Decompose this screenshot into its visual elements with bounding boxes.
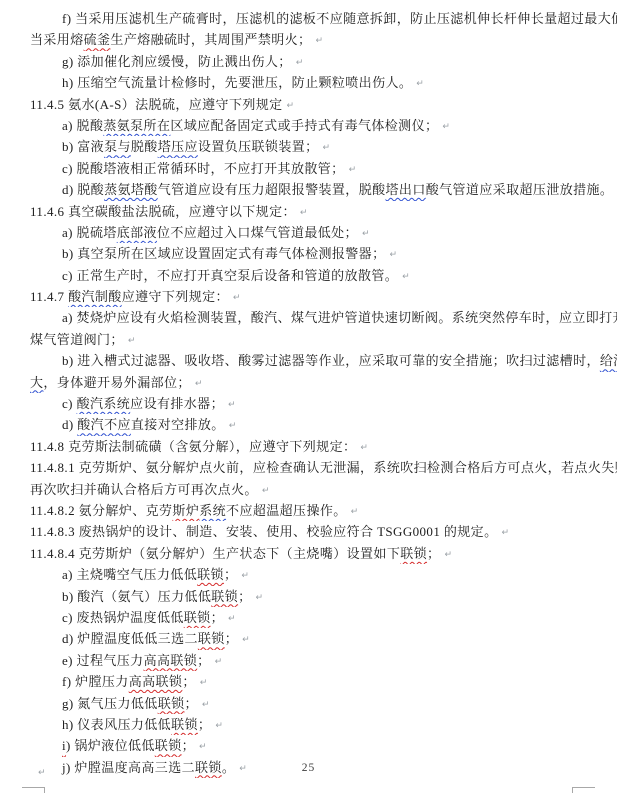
spellcheck-flagged-text: 联锁 bbox=[211, 589, 238, 604]
text-run: b) 酸汽（氨气）压力低低 bbox=[62, 589, 211, 604]
text-run: 生产熔融硫时，其周围严禁明火； bbox=[110, 32, 311, 47]
text-run: c) 脱酸塔液相正常循环时，不应打开其放散管； bbox=[62, 161, 345, 176]
grammar-flagged-text: 塔出口 bbox=[386, 182, 426, 197]
doc-line: 煤气管道阀门；↵ bbox=[0, 329, 617, 350]
doc-line: 11.4.8 克劳斯法制硫磺（含氨分解），应遵守下列规定：↵ bbox=[0, 436, 617, 457]
paragraph-mark-icon: ↵ bbox=[200, 678, 208, 688]
paragraph-mark-icon: ↵ bbox=[242, 635, 250, 645]
text-run: 酸气管道应采取超压泄放措施。 bbox=[426, 182, 614, 197]
text-run: c) 废热锅炉温度低低 bbox=[62, 610, 184, 625]
doc-line: 11.4.8.2 氨分解炉、克劳斯炉系统不应超温超压操作。↵ bbox=[0, 500, 617, 521]
text-run: ； bbox=[238, 589, 251, 604]
text-run: b) 进入槽式过滤器、吸收塔、酸雾过滤器等作业，应采取可靠的安全措施；吹扫过滤槽… bbox=[62, 353, 600, 368]
text-run: b) 真空泵所在区域应设置固定式有毒气体检测报警器； bbox=[62, 246, 385, 261]
paragraph-mark-icon: ↵ bbox=[501, 528, 509, 538]
doc-line: c) 酸汽系统应设有排水器；↵ bbox=[0, 393, 617, 414]
text-run: 11.4.8.3 废热锅炉的设计、制造、安装、使用、校验应符合 TSGG0001… bbox=[30, 524, 497, 539]
spellcheck-flagged-text: 硫釜 bbox=[84, 32, 111, 47]
doc-line: h) 仪表风压力低低联锁；↵ bbox=[0, 714, 617, 735]
text-run: ； bbox=[225, 631, 238, 646]
paragraph-mark-icon: ↵ bbox=[362, 229, 370, 239]
paragraph-mark-icon: ↵ bbox=[228, 400, 236, 410]
paragraph-mark-icon: ↵ bbox=[444, 550, 452, 560]
text-run: ； bbox=[211, 610, 224, 625]
grammar-flagged-text: 蒸氨塔酸 bbox=[104, 182, 158, 197]
spellcheck-flagged-text: 联锁 bbox=[158, 696, 185, 711]
paragraph-mark-icon: ↵ bbox=[233, 293, 241, 303]
grammar-flagged-text: 系统 bbox=[199, 503, 226, 518]
text-run: f) 炉膛压力 bbox=[62, 674, 129, 689]
text-run: d) 脱酸 bbox=[62, 182, 104, 197]
text-run: 11.4.8.1 克劳斯炉、氨分解炉点火前，应检查确认无泄漏，系统吹扫检测合格后… bbox=[30, 460, 617, 475]
text-run: e) 过程气压力 bbox=[62, 653, 144, 668]
text-run: d) bbox=[62, 417, 77, 432]
doc-line: d) 脱酸蒸氨塔酸气管道应设有压力超限报警装置，脱酸塔出口酸气管道应采取超压泄放… bbox=[0, 179, 617, 200]
doc-line: 11.4.6 真空碳酸盐法脱硫，应遵守以下规定：↵ bbox=[0, 201, 617, 222]
doc-line: d) 炉膛温度低低三选二联锁；↵ bbox=[0, 628, 617, 649]
doc-line: g) 添加催化剂应缓慢，防止溅出伤人；↵ bbox=[0, 51, 617, 72]
text-run: 11.4.8.4 克劳斯炉（氨分解炉）生产状态下（主烧嘴）设置如下 bbox=[30, 546, 400, 561]
paragraph-mark-icon: ↵ bbox=[128, 336, 136, 346]
doc-line: a) 脱酸蒸氨泵所在区域应配备固定式或手持式有毒气体检测仪；↵ bbox=[0, 115, 617, 136]
grammar-flagged-text: 泵与 bbox=[104, 139, 131, 154]
text-run: a) 脱酸 bbox=[62, 118, 103, 133]
doc-line: 再次吹扫并确认合格后方可再次点火。↵ bbox=[0, 479, 617, 500]
text-run: g) 添加催化剂应缓慢，防止溅出伤人； bbox=[62, 54, 292, 69]
doc-line: e) 过程气压力高高联锁；↵ bbox=[0, 650, 617, 671]
text-boundary-corner-icon bbox=[22, 787, 45, 793]
text-run: b) 富液 bbox=[62, 139, 104, 154]
doc-line: c) 废热锅炉温度低低联锁；↵ bbox=[0, 607, 617, 628]
text-run: a) 焚烧炉应设有火焰检测装置，酸汽、煤气进炉管道快速切断阀。系统突然停车时，应… bbox=[62, 310, 617, 325]
text-run: 应遵守下列规定： bbox=[122, 289, 229, 304]
text-run: 煤气管道阀门； bbox=[30, 332, 124, 347]
grammar-flagged-text: 酸汽制酸 bbox=[68, 289, 122, 304]
text-run: h) 压缩空气流量计检修时，先要泄压，防止颗粒喷出伤人。 bbox=[62, 75, 412, 90]
spellcheck-flagged-text: 联锁 bbox=[184, 610, 211, 625]
paragraph-mark-icon: ↵ bbox=[241, 571, 249, 581]
text-boundary-corner-icon bbox=[572, 787, 595, 793]
text-run: ) 锅炉液位低低 bbox=[66, 738, 155, 753]
grammar-flagged-text: 蒸氨泵所在 bbox=[103, 118, 170, 133]
text-run: c) bbox=[62, 396, 77, 411]
spellcheck-flagged-text: 联锁 bbox=[171, 717, 198, 732]
paragraph-mark-icon: ↵ bbox=[228, 614, 236, 624]
doc-line: a) 脱硫塔底部液位不应超过入口煤气管道最低处；↵ bbox=[0, 222, 617, 243]
paragraph-mark-icon: ↵ bbox=[300, 208, 308, 218]
doc-line: b) 真空泵所在区域应设置固定式有毒气体检测报警器；↵ bbox=[0, 243, 617, 264]
paragraph-mark-icon: ↵ bbox=[416, 79, 424, 89]
grammar-flagged-text: 底部液 bbox=[117, 225, 157, 240]
text-run: 11.4.6 真空碳酸盐法脱硫，应遵守以下规定： bbox=[30, 204, 296, 219]
text-run: 11.4.5 氨水(A-S）法脱硫，应遵守下列规定 bbox=[30, 97, 283, 112]
text-run: 11.4.7 bbox=[30, 289, 68, 304]
grammar-flagged-text: 给汽应由小到 bbox=[600, 353, 617, 368]
paragraph-mark-icon: ↵ bbox=[296, 58, 304, 68]
spellcheck-flagged-text: 联锁 bbox=[155, 738, 182, 753]
text-run: a) 主烧嘴空气压力低低 bbox=[62, 567, 197, 582]
text-run: ； bbox=[185, 696, 198, 711]
paragraph-mark-icon: ↵ bbox=[202, 700, 210, 710]
text-run: 设置负压联锁装置； bbox=[198, 139, 319, 154]
text-run: 11.4.8.2 氨分解炉、克劳 bbox=[30, 503, 172, 518]
text-run: h) 仪表风压力低低 bbox=[62, 717, 171, 732]
doc-line: 当采用熔硫釜生产熔融硫时，其周围严禁明火；↵ bbox=[0, 29, 617, 50]
doc-line: 11.4.7 酸汽制酸应遵守下列规定：↵ bbox=[0, 286, 617, 307]
doc-line: a) 焚烧炉应设有火焰检测装置，酸汽、煤气进炉管道快速切断阀。系统突然停车时，应… bbox=[0, 307, 617, 328]
paragraph-mark-icon: ↵ bbox=[360, 443, 368, 453]
spellcheck-flagged-text: 联锁 bbox=[197, 567, 224, 582]
doc-line: c) 脱酸塔液相正常循环时，不应打开其放散管；↵ bbox=[0, 158, 617, 179]
text-run: 区域应配备固定式或手持式有毒气体检测仪； bbox=[170, 118, 438, 133]
text-run: a) 脱硫塔 bbox=[62, 225, 117, 240]
paragraph-mark-icon: ↵ bbox=[215, 657, 223, 667]
paragraph-mark-icon: ↵ bbox=[215, 721, 223, 731]
doc-line: g) 氮气压力低低联锁；↵ bbox=[0, 693, 617, 714]
text-run: 位不应超过入口煤气管道最低处； bbox=[157, 225, 358, 240]
text-run: ； bbox=[427, 546, 440, 561]
doc-line: d) 酸汽不应直接对空排放。↵ bbox=[0, 414, 617, 435]
doc-line: i) 锅炉液位低低联锁；↵ bbox=[0, 735, 617, 756]
text-run: 不应超温超压操作。 bbox=[226, 503, 347, 518]
doc-line: h) 压缩空气流量计检修时，先要泄压，防止颗粒喷出伤人。↵ bbox=[0, 72, 617, 93]
text-run: c) 正常生产时，不应打开真空泵后设备和管道的放散管。 bbox=[62, 268, 398, 283]
document-body: f) 当采用压滤机生产硫膏时，压滤机的滤板不应随意拆卸，防止压滤机伸长杆伸长量超… bbox=[0, 8, 617, 778]
paragraph-mark-icon: ↵ bbox=[229, 421, 237, 431]
doc-line: 11.4.5 氨水(A-S）法脱硫，应遵守下列规定↵ bbox=[0, 94, 617, 115]
text-run: ； bbox=[182, 738, 195, 753]
text-run: 直接对空排放。 bbox=[131, 417, 225, 432]
spellcheck-flagged-text: 联锁 bbox=[400, 546, 427, 561]
text-run: 气管道应设有压力超限报警装置，脱酸 bbox=[158, 182, 386, 197]
paragraph-mark-icon: ↵ bbox=[442, 122, 450, 132]
spellcheck-flagged-text: 高高联锁 bbox=[144, 653, 198, 668]
grammar-flagged-text: 酸汽系统 bbox=[77, 396, 131, 411]
doc-line: 11.4.8.4 克劳斯炉（氨分解炉）生产状态下（主烧嘴）设置如下联锁；↵ bbox=[0, 543, 617, 564]
spellcheck-flagged-text: 高高联锁 bbox=[129, 674, 183, 689]
doc-line: 11.4.8.3 废热锅炉的设计、制造、安装、使用、校验应符合 TSGG0001… bbox=[0, 521, 617, 542]
text-run: 11.4.8 克劳斯法制硫磺（含氨分解），应遵守下列规定： bbox=[30, 439, 356, 454]
grammar-flagged-text: 酸汽不应 bbox=[77, 417, 131, 432]
doc-line: a) 主烧嘴空气压力低低联锁；↵ bbox=[0, 564, 617, 585]
text-run: ； bbox=[182, 674, 195, 689]
text-run: g) 氮气压力低低 bbox=[62, 696, 158, 711]
paragraph-mark-icon: ↵ bbox=[287, 101, 295, 111]
paragraph-mark-icon: ↵ bbox=[402, 272, 410, 282]
doc-line: f) 当采用压滤机生产硫膏时，压滤机的滤板不应随意拆卸，防止压滤机伸长杆伸长量超… bbox=[0, 8, 617, 29]
doc-line: b) 进入槽式过滤器、吸收塔、酸雾过滤器等作业，应采取可靠的安全措施；吹扫过滤槽… bbox=[0, 350, 617, 371]
grammar-flagged-text: 塔压应 bbox=[158, 139, 198, 154]
doc-line: 11.4.8.1 克劳斯炉、氨分解炉点火前，应检查确认无泄漏，系统吹扫检测合格后… bbox=[0, 457, 617, 478]
doc-line: b) 酸汽（氨气）压力低低联锁；↵ bbox=[0, 586, 617, 607]
paragraph-mark-icon: ↵ bbox=[195, 379, 203, 389]
doc-line: 大，身体避开易外漏部位；↵ bbox=[0, 372, 617, 393]
text-run: 脱酸 bbox=[131, 139, 158, 154]
paragraph-mark-icon: ↵ bbox=[389, 250, 397, 260]
paragraph-mark-icon: ↵ bbox=[256, 593, 264, 603]
doc-line: b) 富液泵与脱酸塔压应设置负压联锁装置；↵ bbox=[0, 136, 617, 157]
text-run: ； bbox=[224, 567, 237, 582]
text-run: ； bbox=[198, 717, 211, 732]
paragraph-mark-icon: ↵ bbox=[199, 742, 207, 752]
text-run: 再次吹扫并确认合格后方可再次点火。 bbox=[30, 482, 258, 497]
text-run: 当采用熔 bbox=[30, 32, 84, 47]
grammar-flagged-text: 大 bbox=[30, 375, 43, 390]
paragraph-mark-icon: ↵ bbox=[315, 36, 323, 46]
paragraph-mark-icon: ↵ bbox=[323, 143, 331, 153]
text-run: 应设有排水器； bbox=[130, 396, 224, 411]
spellcheck-flagged-text: 联锁 bbox=[198, 631, 225, 646]
spellcheck-flagged-text: 斯炉 bbox=[172, 503, 199, 518]
paragraph-mark-icon: ↵ bbox=[349, 165, 357, 175]
text-run: ，身体避开易外漏部位； bbox=[43, 375, 190, 390]
doc-line: f) 炉膛压力高高联锁；↵ bbox=[0, 671, 617, 692]
text-run: f) 当采用压滤机生产硫膏时，压滤机的滤板不应随意拆卸，防止压滤机伸长杆伸长量超… bbox=[62, 11, 617, 26]
text-run: d) 炉膛温度低低三选二 bbox=[62, 631, 198, 646]
paragraph-mark-icon: ↵ bbox=[351, 507, 359, 517]
text-run: ； bbox=[197, 653, 210, 668]
doc-line: c) 正常生产时，不应打开真空泵后设备和管道的放散管。↵ bbox=[0, 265, 617, 286]
paragraph-mark-icon: ↵ bbox=[262, 486, 270, 496]
document-page: f) 当采用压滤机生产硫膏时，压滤机的滤板不应随意拆卸，防止压滤机伸长杆伸长量超… bbox=[0, 0, 617, 794]
page-number: 25 bbox=[0, 762, 617, 774]
